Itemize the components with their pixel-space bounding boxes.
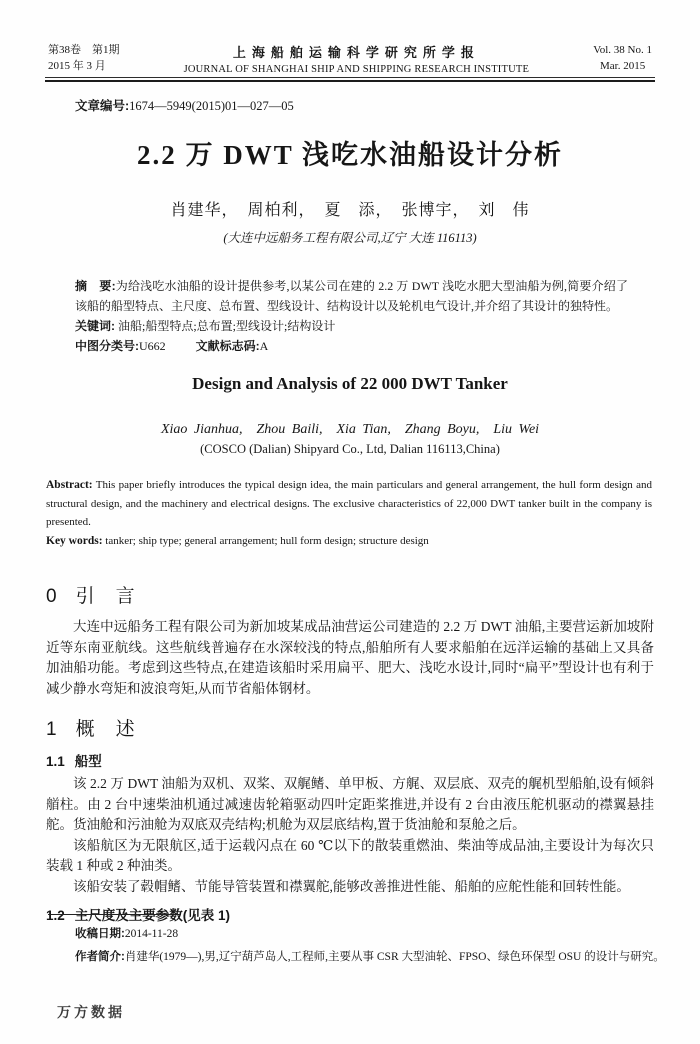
abstract-en-block: Abstract: This paper briefly introduces … bbox=[46, 476, 652, 550]
journal-title-block: 上海船舶运输科学研究所学报 JOURNAL OF SHANGHAI SHIP A… bbox=[120, 42, 594, 75]
footnote-block: 收稿日期:2014-11-28 作者简介:肖建华(1979—),男,辽宁葫芦岛人… bbox=[75, 923, 665, 968]
abstract-en: Abstract: This paper briefly introduces … bbox=[46, 476, 652, 532]
keywords-cn-line: 关键词: 油船;船型特点;总布置;型线设计;结构设计 bbox=[75, 316, 628, 336]
section-1-1-paragraph-2: 该船航区为无限航区,适于运载闪点在 60 ℃以下的散装重燃油、柴油等成品油,主要… bbox=[46, 836, 654, 877]
header-volume-issue-cn: 第38卷 第1期 2015 年 3 月 bbox=[48, 42, 120, 74]
affiliation-en: (COSCO (Dalian) Shipyard Co., Ltd, Dalia… bbox=[0, 442, 700, 457]
affiliation-cn: (大连中远船务工程有限公司,辽宁 大连 116113) bbox=[0, 228, 700, 246]
section-1-2-number: 1.2 bbox=[46, 908, 65, 923]
journal-header: 第38卷 第1期 2015 年 3 月 上海船舶运输科学研究所学报 JOURNA… bbox=[48, 42, 652, 75]
abstract-cn-label: 摘 要: bbox=[75, 279, 116, 293]
volume-issue-cn: 第38卷 第1期 bbox=[48, 42, 120, 58]
section-1-1-heading: 1.1船型 bbox=[46, 750, 654, 770]
section-1-1-paragraph-1: 该 2.2 万 DWT 油船为双机、双桨、双艉鳍、单甲板、方艉、双层底、双壳的艉… bbox=[46, 774, 654, 836]
section-1-1-paragraph-3: 该船安装了毂帽鳍、节能导管装置和襟翼舵,能够改善推进性能、船舶的应舵性能和回转性… bbox=[46, 877, 654, 898]
abstract-cn-block: 摘 要:为给浅吃水油船的设计提供参考,以某公司在建的 2.2 万 DWT 浅吃水… bbox=[75, 276, 628, 356]
section-0-number: 0 bbox=[46, 586, 58, 607]
keywords-cn: 油船;船型特点;总布置;型线设计;结构设计 bbox=[118, 319, 335, 333]
footnote-rule bbox=[48, 914, 181, 915]
doc-code-label: 文献标志码: bbox=[196, 339, 260, 353]
section-0-title: 引 言 bbox=[76, 586, 136, 607]
section-0-paragraph-1: 大连中远船务工程有限公司为新加坡某成品油营运公司建造的 2.2 万 DWT 油船… bbox=[46, 617, 654, 699]
authors-en: Xiao Jianhua, Zhou Baili, Xia Tian, Zhan… bbox=[0, 418, 700, 438]
abstract-en-text: This paper briefly introduces the typica… bbox=[46, 479, 652, 528]
section-1-2-title: 主尺度及主要参数(见表 1) bbox=[75, 908, 230, 923]
journal-name-en: JOURNAL OF SHANGHAI SHIP AND SHIPPING RE… bbox=[126, 64, 588, 75]
article-number-value: 1674—5949(2015)01—027—05 bbox=[129, 99, 294, 113]
keywords-en-label: Key words: bbox=[46, 535, 103, 547]
article-number-line: 文章编号:1674—5949(2015)01—027—05 bbox=[75, 96, 294, 114]
section-1-heading: 1概 述 bbox=[46, 714, 654, 741]
received-date-label: 收稿日期: bbox=[75, 928, 125, 940]
abstract-cn: 摘 要:为给浅吃水油船的设计提供参考,以某公司在建的 2.2 万 DWT 浅吃水… bbox=[75, 276, 628, 316]
article-number-label: 文章编号: bbox=[75, 99, 129, 113]
paper-page: 第38卷 第1期 2015 年 3 月 上海船舶运输科学研究所学报 JOURNA… bbox=[0, 0, 700, 1044]
keywords-en-line: Key words: tanker; ship type; general ar… bbox=[46, 532, 652, 551]
classification-line: 中图分类号:U662文献标志码:A bbox=[75, 336, 628, 356]
wanfang-watermark: 万方数据 bbox=[57, 1002, 125, 1022]
section-1-number: 1 bbox=[46, 719, 58, 740]
paper-body: 0引 言 大连中远船务工程有限公司为新加坡某成品油营运公司建造的 2.2 万 D… bbox=[46, 581, 654, 928]
date-cn: 2015 年 3 月 bbox=[48, 58, 120, 74]
received-date-line: 收稿日期:2014-11-28 bbox=[75, 923, 665, 946]
section-1-1-number: 1.1 bbox=[46, 754, 65, 769]
abstract-en-label: Abstract: bbox=[46, 479, 93, 491]
volume-issue-en: Vol. 38 No. 1 bbox=[593, 42, 652, 58]
clc-label: 中图分类号: bbox=[75, 339, 139, 353]
authors-cn: 肖建华， 周柏利， 夏 添， 张博宇， 刘 伟 bbox=[0, 197, 700, 220]
keywords-en: tanker; ship type; general arrangement; … bbox=[105, 535, 429, 547]
paper-title-cn: 2.2 万 DWT 浅吃水油船设计分析 bbox=[0, 133, 700, 172]
section-0-heading: 0引 言 bbox=[46, 581, 654, 608]
author-bio-line: 作者简介:肖建华(1979—),男,辽宁葫芦岛人,工程师,主要从事 CSR 大型… bbox=[75, 946, 665, 969]
received-date: 2014-11-28 bbox=[125, 928, 178, 940]
header-rule bbox=[45, 77, 655, 82]
author-bio: 肖建华(1979—),男,辽宁葫芦岛人,工程师,主要从事 CSR 大型油轮、FP… bbox=[125, 951, 665, 963]
paper-title-en: Design and Analysis of 22 000 DWT Tanker bbox=[0, 374, 700, 394]
clc-value: U662 bbox=[139, 339, 166, 353]
section-1-title: 概 述 bbox=[76, 719, 136, 740]
doc-code-value: A bbox=[260, 339, 269, 353]
abstract-cn-text: 为给浅吃水油船的设计提供参考,以某公司在建的 2.2 万 DWT 浅吃水肥大型油… bbox=[75, 279, 628, 313]
date-en: Mar. 2015 bbox=[593, 58, 652, 74]
keywords-cn-label: 关键词: bbox=[75, 319, 115, 333]
journal-name-cn: 上海船舶运输科学研究所学报 bbox=[126, 42, 588, 61]
author-bio-label: 作者简介: bbox=[75, 951, 125, 963]
section-1-1-title: 船型 bbox=[75, 754, 102, 769]
header-volume-issue-en: Vol. 38 No. 1 Mar. 2015 bbox=[593, 42, 652, 74]
